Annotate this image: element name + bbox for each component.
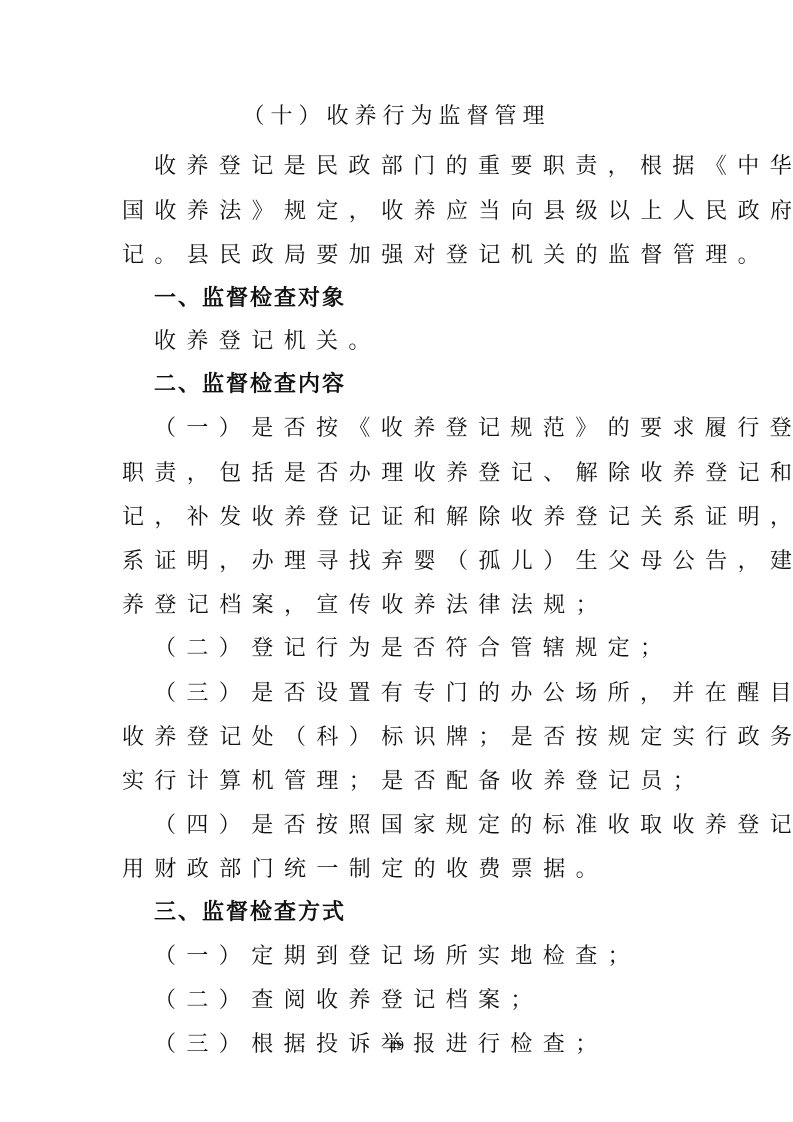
paragraph-line: （二）登记行为是否符合管辖规定； — [154, 634, 714, 664]
paragraph-line: 记，补发收养登记证和解除收养登记关系证明，出具收养关 — [122, 503, 682, 533]
section-title: （十）收养行为监督管理 — [0, 102, 793, 132]
paragraph-line: 收养登记处（科）标识牌；是否按规定实行政务公开；是否 — [122, 723, 682, 753]
paragraph-line: （一）是否按《收养登记规范》的要求履行登记机关的 — [154, 414, 714, 444]
paragraph-line: 系证明，办理寻找弃婴（孤儿）生父母公告，建立和保管收 — [122, 547, 682, 577]
heading-objects: 一、监督检查对象 — [154, 284, 714, 314]
paragraph-line: 职责，包括是否办理收养登记、解除收养登记和撤销收养登 — [122, 459, 682, 489]
paragraph-line: （一）定期到登记场所实地检查； — [154, 942, 714, 972]
paragraph-line: （三）是否设置有专门的办公场所，并在醒目位置悬挂 — [154, 679, 714, 709]
paragraph-line: （四）是否按照国家规定的标准收取收养登记费，并使 — [154, 811, 714, 841]
paragraph-line: 用财政部门统一制定的收费票据。 — [122, 855, 682, 885]
paragraph-line: 养登记档案，宣传收养法律法规； — [122, 591, 682, 621]
page-number: 49 — [0, 1038, 793, 1055]
intro-line-1: 收养登记是民政部门的重要职责，根据《中华人民共和 — [154, 152, 714, 182]
intro-line-2: 国收养法》规定，收养应当向县级以上人民政府民政部门登 — [122, 197, 682, 227]
paragraph-line: （二）查阅收养登记档案； — [154, 986, 714, 1016]
paragraph-line: 实行计算机管理；是否配备收养登记员； — [122, 767, 682, 797]
intro-line-3: 记。县民政局要加强对登记机关的监督管理。 — [122, 241, 682, 271]
paragraph-line: 收养登记机关。 — [154, 327, 714, 357]
heading-methods: 三、监督检查方式 — [154, 898, 714, 928]
heading-content: 二、监督检查内容 — [154, 370, 714, 400]
